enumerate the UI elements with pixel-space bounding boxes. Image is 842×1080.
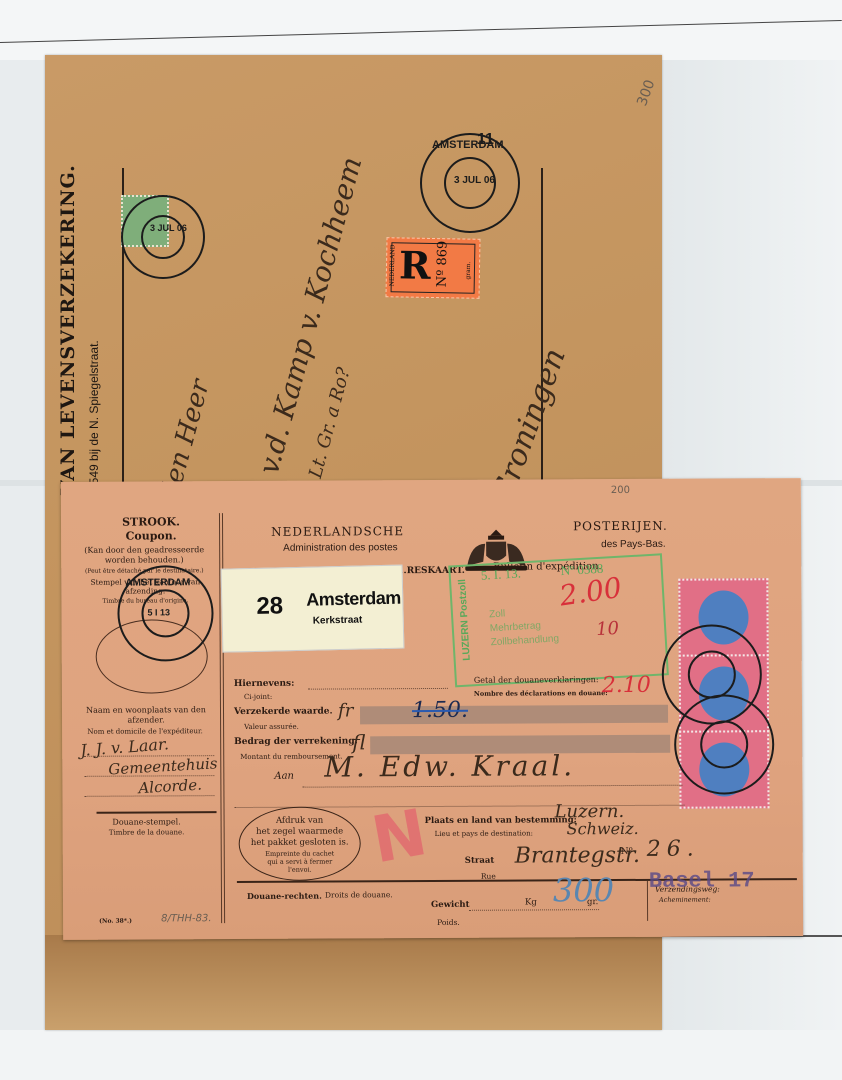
- envelope-handwriting-line: J. v.d. Kamp v. Kochheem: [245, 153, 368, 503]
- route-cachet: Basel 17: [649, 868, 755, 894]
- album-page-left: [0, 60, 45, 1080]
- origin-label-street: Kerkstraat: [313, 615, 363, 627]
- declarations-label-nl: Getal der douaneverklaringen:: [474, 675, 599, 685]
- registration-letter: R: [399, 242, 431, 289]
- coupon-postmark-date: 5 I 13: [147, 607, 170, 617]
- weight-label-nl: Gewicht: [431, 900, 470, 910]
- envelope-printed-header: 7-549 bij de N. Spiegelstraat. VAN LEVEN…: [83, 75, 113, 495]
- addressee-prefix: Aan: [274, 771, 294, 782]
- origin-label: 28 Amsterdam Kerkstraat: [221, 565, 405, 653]
- sender-town: Alcorde.: [138, 776, 202, 798]
- album-page-bottom: [0, 1030, 842, 1080]
- handstamp-line: Zollbehandlung: [490, 633, 559, 648]
- addressee-name: M. Edw. Kraal.: [324, 749, 575, 783]
- coupon-postmark: AMSTERDAM 5 I 13: [117, 565, 214, 662]
- weight-value: 300: [553, 871, 614, 909]
- handstamp-office: LUZERN Postzoll: [457, 579, 473, 661]
- customs-stamp-label-nl: Douane-stempel.: [77, 817, 217, 827]
- attached-label-fr: Ci-joint:: [244, 693, 272, 701]
- coupon-subtitle: Coupon.: [81, 529, 221, 543]
- coupon-title: STROOK.: [81, 515, 221, 529]
- pencil-reference: 8/THH-83.: [161, 913, 211, 924]
- insured-currency: fr: [338, 700, 353, 721]
- envelope-company-name: VAN LEVENSVERZEKERING.: [57, 164, 79, 495]
- registration-label: NEDERLAND R Nº 869 gram.: [385, 237, 480, 299]
- seal-text: het zegel waarmede: [240, 826, 360, 837]
- customs-stamp-label-fr: Timbre de la douane.: [77, 828, 217, 837]
- registration-number: Nº 869: [435, 241, 451, 288]
- postmark-office: 11: [477, 131, 494, 149]
- house-number: 26.: [647, 837, 700, 862]
- header-title-nl: NEDERLANDSCHE: [271, 524, 404, 539]
- stamp-postmark-date: 3 JUL 06: [150, 223, 187, 233]
- envelope-handwriting-line: Lt. Gr. a Ro?: [305, 365, 355, 480]
- envelope-fold-band: [45, 935, 662, 1030]
- envelope-sender-address: 7-549 bij de N. Spiegelstraat.: [87, 340, 101, 495]
- header-subtitle-fr: Administration des postes: [283, 542, 398, 554]
- header-subtitle-right: des Pays-Bas.: [601, 539, 666, 550]
- insured-value-field: [360, 705, 668, 725]
- registration-country: NEDERLAND: [389, 245, 397, 287]
- insured-value-label-nl: Verzekerde waarde.: [234, 707, 333, 718]
- card-pencil-note: 200: [611, 485, 630, 496]
- insured-value: 1.50.: [412, 698, 468, 723]
- house-number-label: Nº: [621, 847, 633, 857]
- postmark-date: 3 JUL 06: [454, 175, 495, 186]
- stamp-strip-postmark: [674, 694, 775, 795]
- swiss-customs-handstamp: LUZERN Postzoll 5. I. 13. Nº 0388 Zoll M…: [448, 553, 669, 687]
- form-number: (No. 38*.): [99, 918, 132, 925]
- street-label-nl: Straat: [465, 856, 495, 866]
- handstamp-line: Mehrbetrag: [490, 620, 542, 634]
- customs-duties-label-fr: Droits de douane.: [325, 890, 393, 899]
- registration-unit: gram.: [465, 262, 472, 280]
- destination-label-fr: Lieu et pays de destination:: [435, 829, 533, 838]
- parcel-dispatch-card: 200 STROOK. Coupon. (Kan door den geadre…: [61, 478, 803, 940]
- kg-label: Kg: [525, 897, 537, 907]
- route-divider: [647, 881, 648, 921]
- seal-impression-box: Afdruk van het zegel waarmede het pakket…: [239, 806, 361, 881]
- seal-text: Afdruk van: [240, 815, 360, 826]
- attached-label-nl: Hiernevens:: [234, 679, 295, 689]
- stamp-postmark: 3 JUL 06: [121, 195, 205, 279]
- origin-label-number: 28: [256, 592, 283, 621]
- envelope-pencil-price: 300: [634, 78, 658, 109]
- cod-label-nl: Bedrag der verrekening.: [234, 736, 358, 747]
- coupon-note-nl: (Kan door den geadresseerde worden behou…: [69, 545, 219, 566]
- sender-label-nl: Naam en woonplaats van den afzender.: [76, 705, 216, 726]
- insured-value-label-fr: Valeur assurée.: [244, 723, 299, 731]
- seal-text: l'envoi.: [240, 865, 360, 874]
- seal-text: het pakket gesloten is.: [240, 837, 360, 848]
- handstamp-amount: 10: [596, 618, 620, 640]
- route-label-fr: Acheminement:: [659, 896, 711, 904]
- origin-label-city: Amsterdam: [306, 588, 401, 611]
- destination-country: Schweiz.: [567, 819, 639, 838]
- declarations-label-fr: Nombre des déclarations en douane:: [474, 689, 608, 698]
- weight-label-fr: Poids.: [437, 918, 460, 927]
- sender-label-fr: Nom et domicile de l'expéditeur.: [70, 727, 220, 736]
- customs-duties-label-nl: Douane-rechten.: [247, 891, 322, 901]
- coupon-postmark-city: AMSTERDAM: [125, 577, 190, 588]
- envelope-postmark: AMSTERDAM 3 JUL 06 11: [420, 133, 520, 233]
- red-crayon-mark: N: [366, 796, 432, 878]
- handstamp-line: Zoll: [489, 608, 506, 620]
- red-crayon-amount-2: 2.10: [602, 673, 651, 698]
- handstamp-date: 5. I. 13.: [480, 565, 521, 583]
- header-title-right: POSTERIJEN.: [573, 519, 668, 533]
- envelope-rule-right: [541, 168, 543, 498]
